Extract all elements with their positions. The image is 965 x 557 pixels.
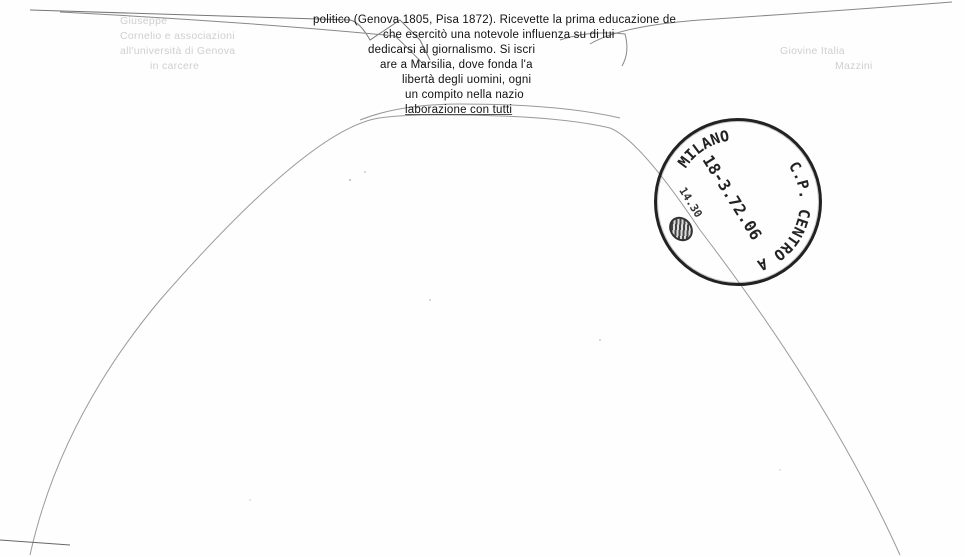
text-line: un compito nella nazio <box>405 89 524 101</box>
text-line: laborazione con tutti <box>405 104 512 116</box>
envelope-back: politico (Genova 1805, Pisa 1872). Ricev… <box>0 0 965 557</box>
text-line: are a Marsilia, dove fonda l'a <box>380 59 533 71</box>
faint-text: Giovine Italia <box>780 45 845 57</box>
faint-text: in carcere <box>150 60 199 72</box>
faint-text: Cornelio e associazioni <box>120 30 235 42</box>
faint-text: all'università di Genova <box>120 45 235 57</box>
text-line: politico (Genova 1805, Pisa 1872). Ricev… <box>313 14 676 26</box>
postmark-stamp: MILANO C.P. CENTRO A 18-3.72.06 14.30 <box>654 118 822 286</box>
svg-text:C.P. CENTRO A: C.P. CENTRO A <box>755 158 814 274</box>
text-line: che esercitò una notevole influenza su d… <box>383 29 614 41</box>
text-line: libertà degli uomini, ogni <box>402 74 531 86</box>
faint-text: Giuseppe <box>120 15 167 27</box>
faint-text: Mazzini <box>835 60 873 72</box>
text-line: dedicarsi al giornalismo. Si iscri <box>368 44 535 56</box>
